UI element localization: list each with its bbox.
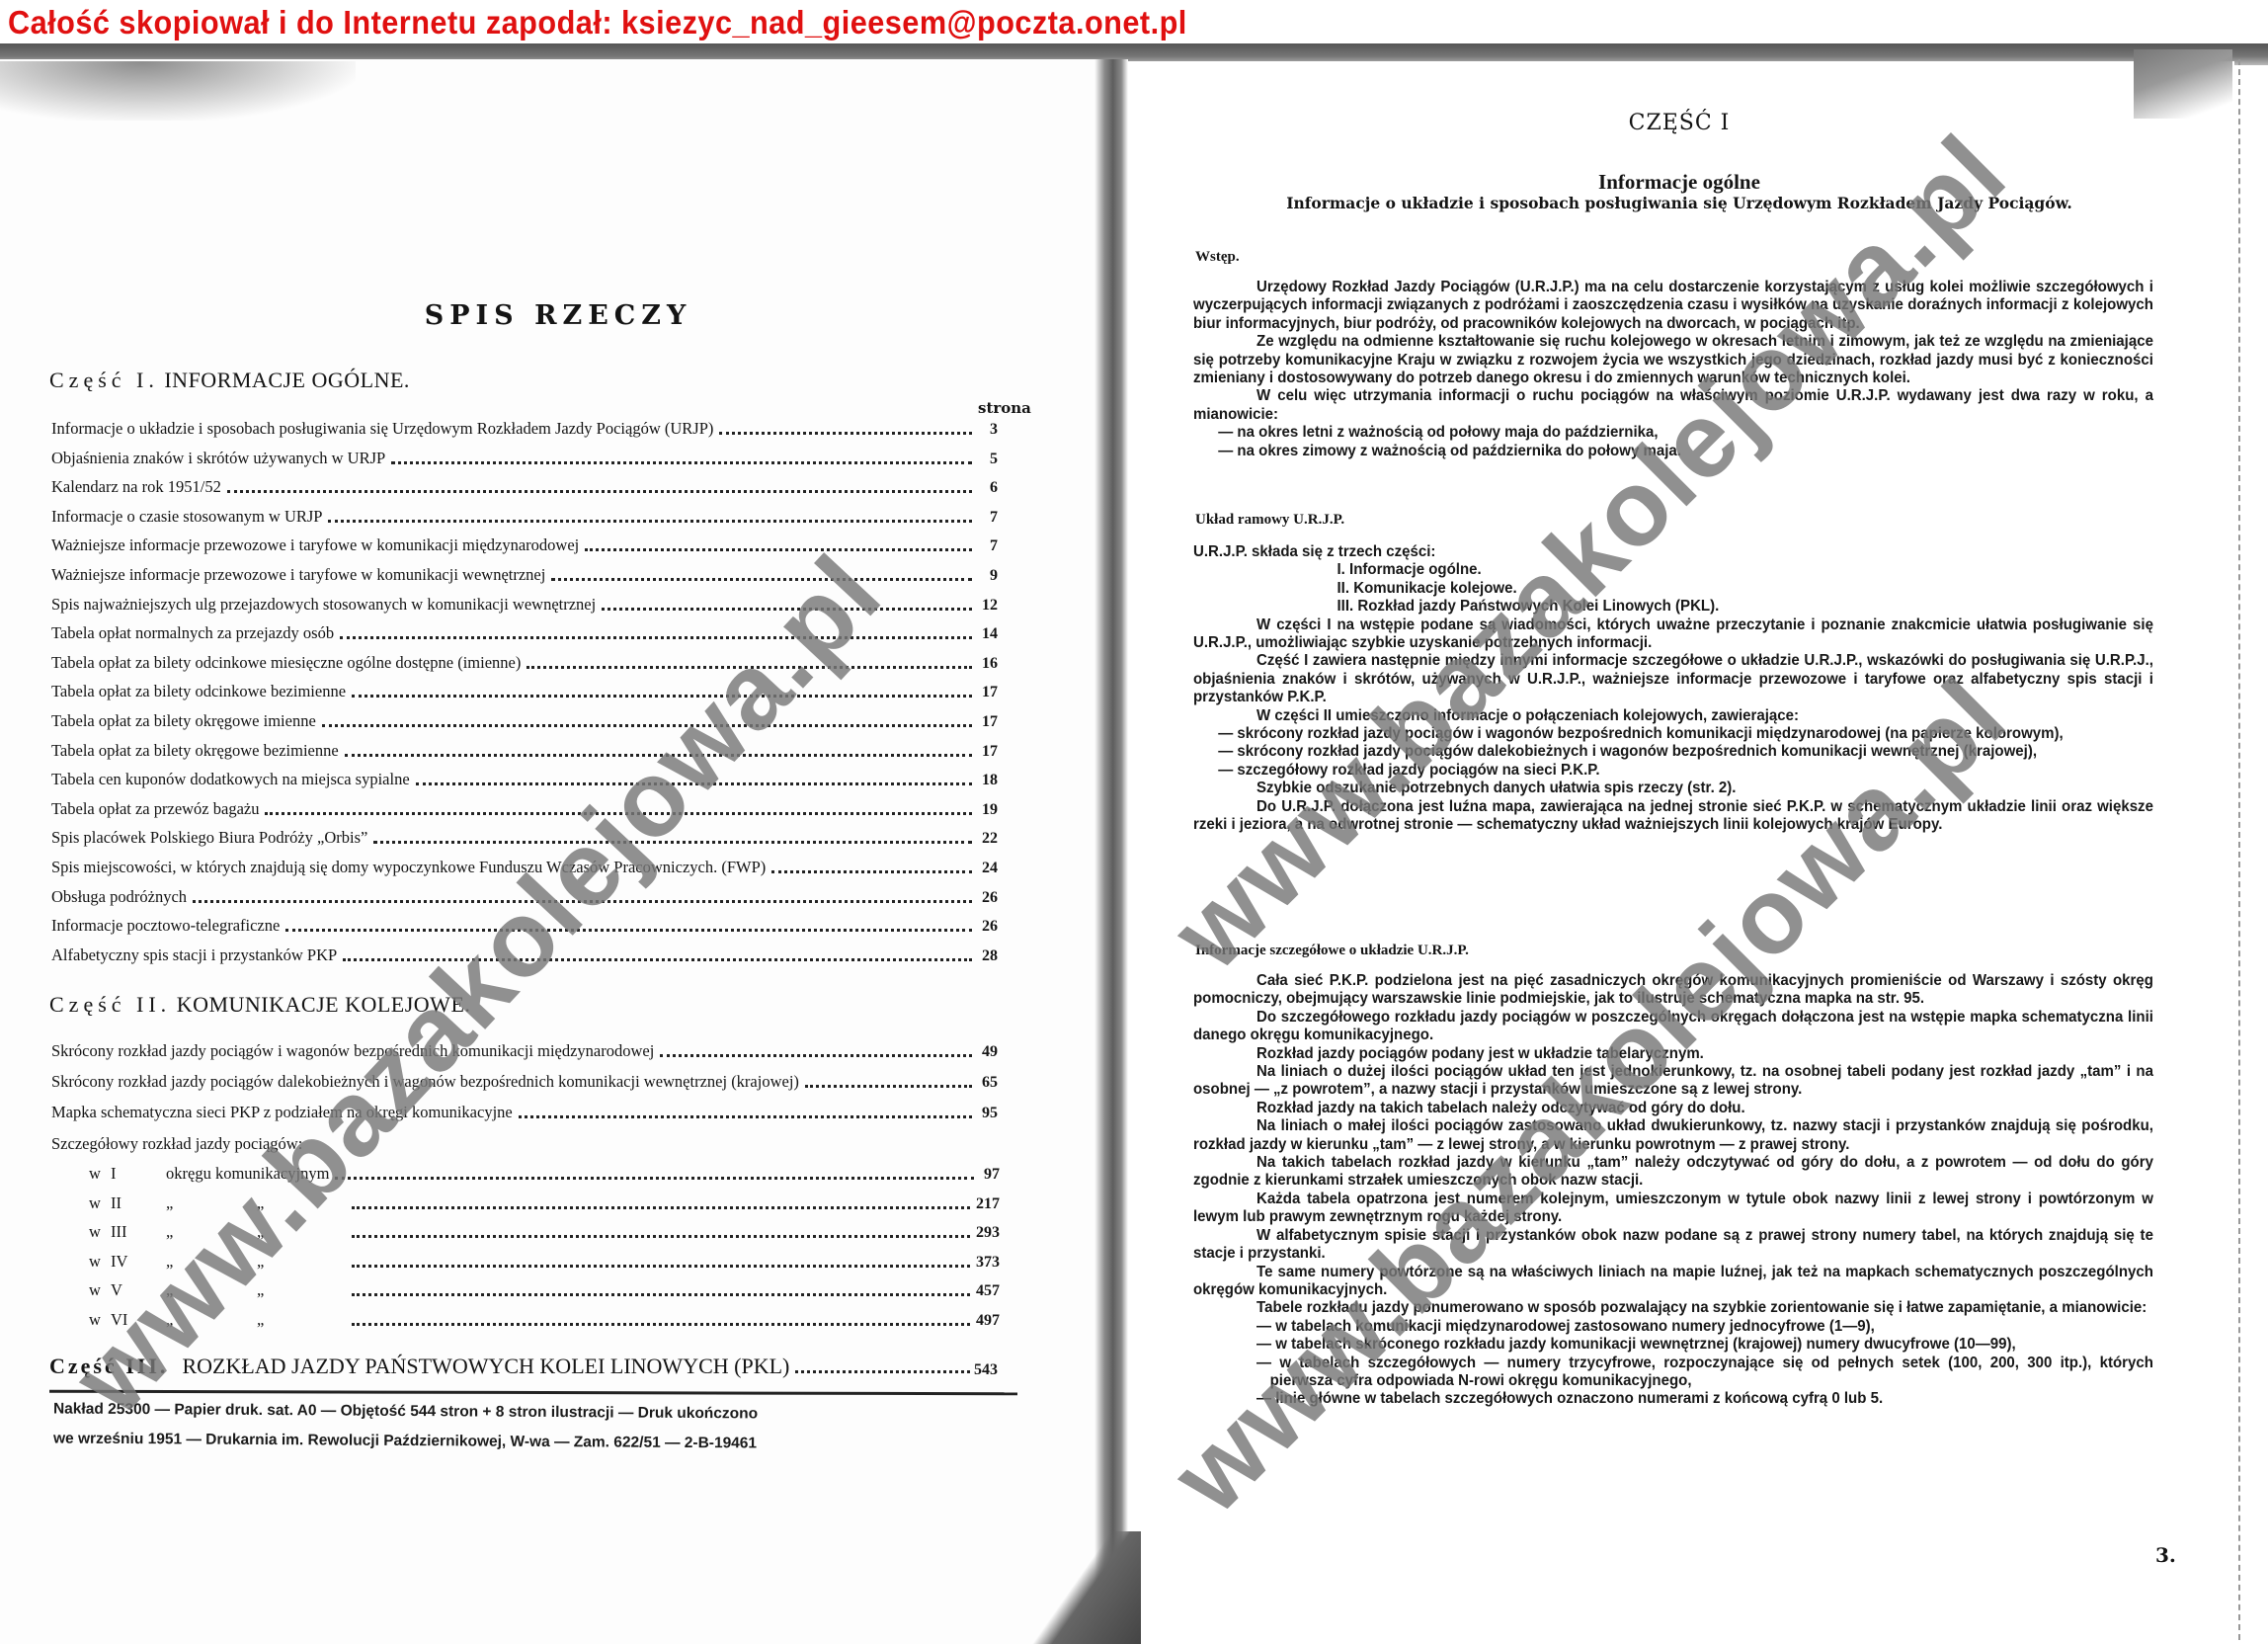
dot-leader [193, 899, 972, 903]
toc-entry-label: Tabela opłat za bilety odcinkowe bezimie… [51, 682, 346, 701]
toc-entry-label: Mapka schematyczna sieci PKP z podziałem… [51, 1103, 513, 1122]
frame-list-item: — skrócony rozkład jazdy pociągów i wago… [1193, 725, 2153, 743]
section-title: Informacje ogólne [1166, 170, 2193, 195]
toc-entry-label: Informacje pocztowo-telegraficzne [51, 916, 280, 936]
toc-entry-label: Obsługa podróżnych [51, 887, 187, 907]
district-entry[interactable]: wVI„„497 [89, 1302, 1000, 1330]
district-entry[interactable]: wIII„„293 [89, 1214, 1000, 1242]
section-subtitle: Informacje o układzie i sposobach posług… [1166, 194, 2193, 212]
detailed-schedule-label: Szczegółowy rozkład jazdy pociągów: [51, 1134, 302, 1154]
toc-entry-label: Informacje o czasie stosowanym w URJP [51, 507, 322, 527]
detail-list-item: — w tabelach komunikacji międzynarodowej… [1193, 1318, 2153, 1336]
part1-entry[interactable]: Informacje o układzie i sposobach posług… [51, 411, 998, 439]
dot-leader [352, 1322, 970, 1326]
detail-paragraph: Tabele rozkładu jazdy ponumerowano w spo… [1193, 1299, 2153, 1317]
part2-entry[interactable]: Skrócony rozkład jazdy pociągów dalekobi… [51, 1064, 998, 1092]
toc-entry-page: 5 [978, 451, 998, 468]
ditto-mark: „ [166, 1193, 257, 1213]
dot-leader [352, 1264, 970, 1268]
district-page: 373 [976, 1254, 1000, 1272]
frame-heading: Układ ramowy U.R.J.P. [1195, 512, 1344, 529]
district-prefix: w [89, 1164, 111, 1184]
detail-paragraph: Rozkład jazdy pociągów podany jest w ukł… [1193, 1045, 2153, 1063]
right-page-edge [2238, 59, 2243, 1640]
frame-part-item: III. Rozkład jazdy Państwowych Kolei Lin… [1193, 598, 2153, 616]
part1-entry[interactable]: Tabela cen kuponów dodatkowych na miejsc… [51, 762, 998, 789]
part2-title: KOMUNIKACJE KOLEJOWE. [177, 992, 471, 1017]
part3-heading-row[interactable]: Część III. ROZKŁAD JAZDY PAŃSTWOWYCH KOL… [49, 1354, 998, 1379]
ditto-mark: „ [257, 1280, 346, 1300]
dot-leader [352, 1292, 970, 1296]
intro-text: Urzędowy Rozkład Jazdy Pociągów (U.R.J.P… [1193, 279, 2153, 460]
toc-entry-label: Tabela opłat za bilety okręgowe bezimien… [51, 741, 339, 761]
dot-leader [373, 840, 972, 844]
toc-entry-page: 7 [978, 537, 998, 555]
part1-prefix: Część I. [49, 368, 159, 392]
toc-entry-page: 24 [978, 860, 998, 877]
dot-leader [322, 723, 972, 727]
detail-paragraph: Do szczegółowego rozkładu jazdy pociągów… [1193, 1009, 2153, 1045]
district-entry[interactable]: wIV„„373 [89, 1244, 1000, 1272]
toc-entry-page: 17 [978, 684, 998, 701]
district-prefix: w [89, 1310, 111, 1330]
part2-heading: Część II. KOMUNIKACJE KOLEJOWE. [49, 992, 470, 1018]
district-number: IV [111, 1252, 166, 1272]
district-entry[interactable]: wIokręgu komunikacyjnym97 [89, 1156, 1000, 1184]
toc-entry-label: Skrócony rozkład jazdy pociągów i wagonó… [51, 1041, 654, 1061]
frame-part-item: I. Informacje ogólne. [1193, 561, 2153, 579]
district-prefix: w [89, 1280, 111, 1300]
detail-paragraph: W alfabetycznym spisie stacji i przystan… [1193, 1227, 2153, 1264]
district-label: wVI„„ [89, 1310, 346, 1330]
frame-paragraph: W części II umieszczono informacje o poł… [1193, 707, 2153, 725]
gutter-shadow-bottom [1022, 1531, 1141, 1644]
toc-entry-label: Spis najważniejszych ulg przejazdowych s… [51, 595, 596, 615]
toc-entry-label: Tabela cen kuponów dodatkowych na miejsc… [51, 770, 410, 789]
frame-paragraph: Do U.R.J.P. dołączona jest luźna mapa, z… [1193, 798, 2153, 835]
detail-paragraph: Na liniach o małej ilości pociągów zasto… [1193, 1117, 2153, 1154]
toc-entry-page: 18 [978, 772, 998, 789]
frame-list-item: — szczegółowy rozkład jazdy pociągów na … [1193, 762, 2153, 780]
toc-entry-page: 95 [978, 1105, 998, 1122]
district-page: 497 [976, 1312, 1000, 1330]
ditto-mark: „ [257, 1252, 346, 1272]
toc-entry-label: Spis placówek Polskiego Biura Podróży „O… [51, 828, 367, 848]
frame-list-item: — skrócony rozkład jazdy pociągów daleko… [1193, 743, 2153, 761]
district-number: I [111, 1164, 166, 1184]
detail-list-item: — linie główne w tabelach szczegółowych … [1193, 1390, 2153, 1408]
part3-prefix: Część III. [49, 1354, 168, 1379]
dot-leader [352, 1205, 970, 1209]
dot-leader [602, 607, 972, 611]
toc-entry-page: 17 [978, 743, 998, 761]
part1-title: INFORMACJE OGÓLNE. [164, 368, 410, 392]
district-number: III [111, 1222, 166, 1242]
dot-leader [335, 1176, 974, 1180]
part1-entry[interactable]: Alfabetyczny spis stacji i przystanków P… [51, 938, 998, 965]
toc-entry-label: Tabela opłat za bilety odcinkowe miesięc… [51, 653, 521, 673]
dot-leader [345, 753, 972, 757]
district-page: 457 [976, 1282, 1000, 1300]
detail-list-item: — w tabelach skróconego rozkładu jazdy k… [1193, 1336, 2153, 1354]
part1-entry[interactable]: Ważniejsze informacje przewozowe i taryf… [51, 528, 998, 555]
toc-entry-page: 7 [978, 509, 998, 527]
detail-paragraph: Te same numery powtórzone są na właściwy… [1193, 1264, 2153, 1300]
toc-entry-label: Tabela opłat za bilety okręgowe imienne [51, 711, 316, 731]
intro-list-item: — na okres letni z ważnością od połowy m… [1193, 424, 2153, 442]
district-page: 217 [976, 1195, 1000, 1213]
toc-entry-label: Kalendarz na rok 1951/52 [51, 477, 221, 497]
dot-leader [285, 928, 972, 932]
dot-leader [352, 694, 972, 698]
toc-entry-label: Ważniejsze informacje przewozowe i taryf… [51, 565, 545, 585]
toc-entry-page: 17 [978, 713, 998, 731]
toc-entry-page: 26 [978, 918, 998, 936]
dot-leader [416, 781, 972, 785]
toc-entry-label: Alfabetyczny spis stacji i przystanków P… [51, 945, 337, 965]
dot-leader [795, 1370, 970, 1373]
toc-entry-page: 49 [978, 1043, 998, 1061]
toc-entry-page: 14 [978, 625, 998, 643]
right-page-corner-curl [2134, 49, 2232, 119]
district-prefix: w [89, 1193, 111, 1213]
toc-entry-page: 3 [978, 421, 998, 439]
dot-leader [585, 547, 972, 551]
intro-paragraph: Urzędowy Rozkład Jazdy Pociągów (U.R.J.P… [1193, 279, 2153, 333]
detailed-schedule-label-row: Szczegółowy rozkład jazdy pociągów: [51, 1126, 998, 1154]
part1-entry[interactable]: Informacje pocztowo-telegraficzne26 [51, 908, 998, 936]
book-gutter [1094, 59, 1128, 1644]
part2-entry[interactable]: Skrócony rozkład jazdy pociągów i wagonó… [51, 1033, 998, 1061]
frame-part-item: II. Komunikacje kolejowe. [1193, 580, 2153, 598]
district-label: wIokręgu komunikacyjnym [89, 1164, 329, 1184]
left-page-corner-shade [0, 61, 356, 121]
intro-heading: Wstęp. [1195, 249, 1240, 266]
toc-entry-page: 22 [978, 830, 998, 848]
ditto-mark: „ [257, 1193, 346, 1213]
ditto-mark: „ [257, 1222, 346, 1242]
part2-entry[interactable]: Mapka schematyczna sieci PKP z podziałem… [51, 1095, 998, 1122]
part1-heading: Część I. INFORMACJE OGÓLNE. [49, 368, 410, 393]
detail-list-item: — w tabelach szczegółowych — numery trzy… [1193, 1355, 2153, 1391]
toc-entry-page: 26 [978, 889, 998, 907]
district-page: 293 [976, 1224, 1000, 1242]
part1-entry[interactable]: Tabela opłat za bilety odcinkowe bezimie… [51, 674, 998, 701]
dot-leader [805, 1084, 972, 1088]
frame-text: U.R.J.P. składa się z trzech części:I. I… [1193, 543, 2153, 835]
dot-leader [328, 519, 972, 523]
credit-banner: Całość skopiował i do Internetu zapodał:… [0, 0, 2268, 45]
intro-paragraph: Ze względu na odmienne kształtowanie się… [1193, 333, 2153, 387]
detail-heading: Informacje szczegółowe o układzie U.R.J.… [1195, 943, 1469, 959]
toc-entry-label: Spis miejscowości, w których znajdują si… [51, 858, 766, 877]
district-label: wII„„ [89, 1193, 346, 1213]
part1-entry[interactable]: Tabela opłat za przewóz bagażu19 [51, 791, 998, 819]
detail-paragraph: Cała sieć P.K.P. podzielona jest na pięć… [1193, 972, 2153, 1009]
district-label: wIV„„ [89, 1252, 346, 1272]
toc-entry-page: 6 [978, 479, 998, 497]
intro-paragraph: W celu więc utrzymania informacji o ruch… [1193, 387, 2153, 424]
detail-paragraph: Na takich tabelach rozkład jazdy w kieru… [1193, 1154, 2153, 1191]
dot-leader [352, 1234, 970, 1238]
toc-entry-label: Tabela opłat normalnych za przejazdy osó… [51, 623, 334, 643]
toc-entry-page: 12 [978, 597, 998, 615]
dot-leader [265, 811, 972, 815]
toc-entry-label: Objaśnienia znaków i skrótów używanych w… [51, 449, 385, 468]
part1-entry[interactable]: Spis miejscowości, w których znajdują si… [51, 850, 998, 877]
part1-entry[interactable]: Informacje o czasie stosowanym w URJP7 [51, 499, 998, 527]
toc-entry-label: Tabela opłat za przewóz bagażu [51, 799, 259, 819]
dot-leader [391, 460, 972, 464]
dot-leader [551, 577, 972, 581]
dot-leader [771, 869, 972, 873]
credit-banner-text: Całość skopiował i do Internetu zapodał:… [8, 4, 1187, 41]
district-entry[interactable]: wII„„217 [89, 1186, 1000, 1213]
part1-entry[interactable]: Spis placówek Polskiego Biura Podróży „O… [51, 820, 998, 848]
detail-text: Cała sieć P.K.P. podzielona jest na pięć… [1193, 972, 2153, 1409]
toc-entry-label: Ważniejsze informacje przewozowe i taryf… [51, 535, 579, 555]
dot-leader [343, 957, 972, 961]
ditto-mark: „ [257, 1310, 346, 1330]
ditto-mark: „ [166, 1252, 257, 1272]
toc-entry-page: 28 [978, 947, 998, 965]
part1-entry[interactable]: Tabela opłat za bilety okręgowe imienne1… [51, 703, 998, 731]
part-label: CZĘŚĆ I [1166, 111, 2193, 135]
district-prefix: w [89, 1222, 111, 1242]
detail-paragraph: Na liniach o dużej ilości pociągów układ… [1193, 1063, 2153, 1100]
intro-list-item: — na okres zimowy z ważnością od paździe… [1193, 443, 2153, 460]
dot-leader [719, 431, 972, 435]
district-text: okręgu komunikacyjnym [166, 1164, 329, 1184]
part2-prefix: Część II. [49, 992, 171, 1017]
part1-entry[interactable]: Tabela opłat za bilety odcinkowe miesięc… [51, 645, 998, 673]
district-page: 97 [980, 1166, 1000, 1184]
dot-leader [340, 635, 972, 639]
district-prefix: w [89, 1252, 111, 1272]
ditto-mark: „ [166, 1280, 257, 1300]
detail-paragraph: Rozkład jazdy na takich tabelach należy … [1193, 1100, 2153, 1117]
part1-entry[interactable]: Objaśnienia znaków i skrótów używanych w… [51, 441, 998, 468]
part1-entry[interactable]: Tabela opłat normalnych za przejazdy osó… [51, 616, 998, 643]
toc-entry-label: Informacje o układzie i sposobach posług… [51, 419, 713, 439]
dot-leader [519, 1114, 972, 1118]
detail-paragraph: Każda tabela opatrzona jest numerem kole… [1193, 1191, 2153, 1227]
district-entry[interactable]: wV„„457 [89, 1273, 1000, 1300]
ditto-mark: „ [166, 1222, 257, 1242]
dot-leader [526, 665, 972, 669]
frame-intro: U.R.J.P. składa się z trzech części: [1193, 543, 2153, 561]
part1-entry[interactable]: Obsługa podróżnych26 [51, 879, 998, 907]
toc-entry-page: 9 [978, 567, 998, 585]
part3-title: ROZKŁAD JAZDY PAŃSTWOWYCH KOLEI LINOWYCH… [182, 1354, 789, 1379]
dot-leader [660, 1053, 972, 1057]
ditto-mark: „ [166, 1310, 257, 1330]
page-number: 3. [2155, 1543, 2176, 1567]
dot-leader [227, 489, 972, 493]
part1-entry[interactable]: Tabela opłat za bilety okręgowe bezimien… [51, 733, 998, 761]
toc-entry-page: 16 [978, 655, 998, 673]
district-number: VI [111, 1310, 166, 1330]
toc-entry-label: Skrócony rozkład jazdy pociągów dalekobi… [51, 1072, 799, 1092]
toc-entry-page: 19 [978, 801, 998, 819]
part1-entry[interactable]: Ważniejsze informacje przewozowe i taryf… [51, 557, 998, 585]
toc-entry-page: 65 [978, 1074, 998, 1092]
district-label: wIII„„ [89, 1222, 346, 1242]
district-label: wV„„ [89, 1280, 346, 1300]
frame-paragraph: Szybkie odszukanie potrzebnych danych uł… [1193, 780, 2153, 797]
part1-entry[interactable]: Kalendarz na rok 1951/526 [51, 469, 998, 497]
part3-page: 543 [974, 1361, 998, 1379]
district-number: V [111, 1280, 166, 1300]
part1-entry[interactable]: Spis najważniejszych ulg przejazdowych s… [51, 587, 998, 615]
frame-paragraph: W części I na wstępie podane są wiadomoś… [1193, 616, 2153, 653]
frame-paragraph: Część I zawiera następnie między innymi … [1193, 652, 2153, 706]
district-number: II [111, 1193, 166, 1213]
toc-title: SPIS RZECZY [0, 300, 1116, 331]
